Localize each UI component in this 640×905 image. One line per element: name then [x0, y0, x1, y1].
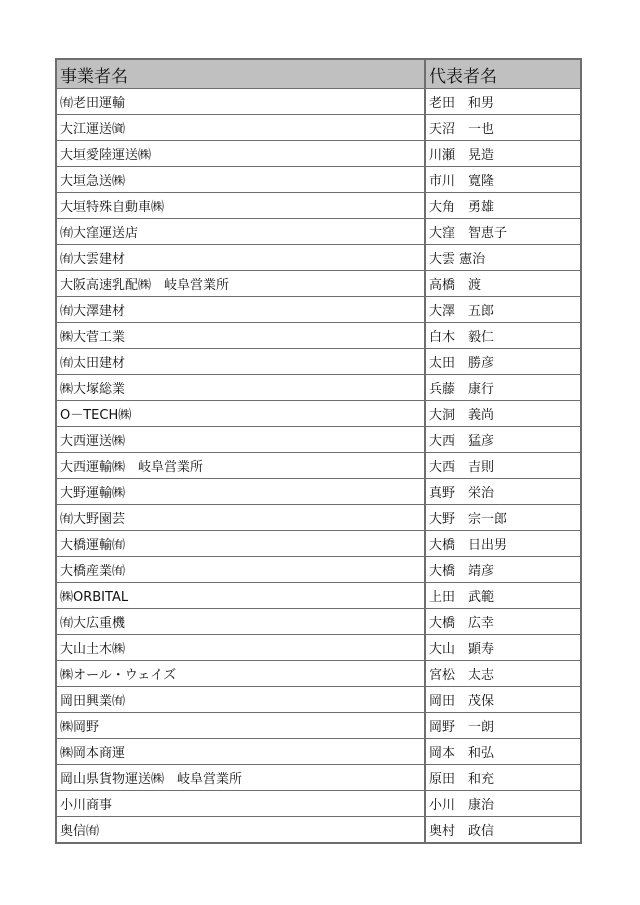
- representative-name-cell: 宮松 太志: [425, 661, 581, 687]
- representative-name-cell: 大西 吉則: [425, 453, 581, 479]
- representative-name-cell: 白木 毅仁: [425, 323, 581, 349]
- company-name-cell: ㈱大塚総業: [56, 375, 425, 401]
- representative-name-cell: 大雲 憲治: [425, 245, 581, 271]
- table-row: 大野運輸㈱真野 栄治: [56, 479, 581, 505]
- table-row: ㈱オール・ウェイズ宮松 太志: [56, 661, 581, 687]
- company-name-cell: ㈲大広重機: [56, 609, 425, 635]
- table-row: 大橋産業㈲大橋 靖彦: [56, 557, 581, 583]
- table-row: ㈲大澤建材大澤 五郎: [56, 297, 581, 323]
- table-row: 小川商事小川 康治: [56, 791, 581, 817]
- representative-name-cell: 原田 和充: [425, 765, 581, 791]
- company-name-cell: 大垣急送㈱: [56, 167, 425, 193]
- company-name-cell: ㈱ORBITAL: [56, 583, 425, 609]
- representative-name-cell: 大橋 日出男: [425, 531, 581, 557]
- representative-name-cell: 大西 猛彦: [425, 427, 581, 453]
- representative-name-cell: 兵藤 康行: [425, 375, 581, 401]
- table-row: 大阪高速乳配㈱ 岐阜営業所高橋 渡: [56, 271, 581, 297]
- representative-name-cell: 上田 武範: [425, 583, 581, 609]
- company-name-cell: 大垣愛陸運送㈱: [56, 141, 425, 167]
- representative-name-cell: 岡田 茂保: [425, 687, 581, 713]
- representative-name-cell: 大橋 広幸: [425, 609, 581, 635]
- representative-name-cell: 大窪 智恵子: [425, 219, 581, 245]
- representative-name-cell: 大澤 五郎: [425, 297, 581, 323]
- company-name-cell: 小川商事: [56, 791, 425, 817]
- representative-name-cell: 真野 栄治: [425, 479, 581, 505]
- representative-name-cell: 大角 勇雄: [425, 193, 581, 219]
- company-name-cell: 大垣特殊自動車㈱: [56, 193, 425, 219]
- table-row: ㈲大窪運送店大窪 智恵子: [56, 219, 581, 245]
- company-name-cell: ㈲老田運輸: [56, 89, 425, 115]
- table-row: 大山土木㈱大山 顕寿: [56, 635, 581, 661]
- company-name-cell: ㈲大澤建材: [56, 297, 425, 323]
- company-name-cell: 奥信㈲: [56, 817, 425, 844]
- company-name-cell: 岡田興業㈲: [56, 687, 425, 713]
- representative-name-cell: 岡本 和弘: [425, 739, 581, 765]
- table-row: ㈱大塚総業兵藤 康行: [56, 375, 581, 401]
- table-body: ㈲老田運輸老田 和男大江運送㈾天沼 一也大垣愛陸運送㈱川瀬 晃造大垣急送㈱市川 …: [56, 89, 581, 844]
- company-name-cell: ㈲太田建材: [56, 349, 425, 375]
- table-row: 大垣急送㈱市川 寛隆: [56, 167, 581, 193]
- company-name-cell: ㈲大雲建材: [56, 245, 425, 271]
- table-row: ㈱大菅工業白木 毅仁: [56, 323, 581, 349]
- representative-name-cell: 老田 和男: [425, 89, 581, 115]
- company-name-cell: O－TECH㈱: [56, 401, 425, 427]
- company-name-cell: 岡山県貨物運送㈱ 岐阜営業所: [56, 765, 425, 791]
- representative-name-cell: 高橋 渡: [425, 271, 581, 297]
- representative-name-cell: 大野 宗一郎: [425, 505, 581, 531]
- representative-name-cell: 小川 康治: [425, 791, 581, 817]
- table-row: 岡田興業㈲岡田 茂保: [56, 687, 581, 713]
- table-row: ㈲大広重機大橋 広幸: [56, 609, 581, 635]
- company-name-cell: 大橋運輸㈲: [56, 531, 425, 557]
- representative-name-cell: 川瀬 晃造: [425, 141, 581, 167]
- company-name-cell: ㈱岡野: [56, 713, 425, 739]
- representative-name-cell: 大橋 靖彦: [425, 557, 581, 583]
- company-name-cell: 大西運送㈱: [56, 427, 425, 453]
- company-name-cell: 大山土木㈱: [56, 635, 425, 661]
- company-name-cell: 大江運送㈾: [56, 115, 425, 141]
- company-roster-table: 事業者名 代表者名 ㈲老田運輸老田 和男大江運送㈾天沼 一也大垣愛陸運送㈱川瀬 …: [55, 58, 582, 844]
- company-name-cell: 大阪高速乳配㈱ 岐阜営業所: [56, 271, 425, 297]
- table-row: ㈱岡野岡野 一朗: [56, 713, 581, 739]
- table-row: ㈲太田建材太田 勝彦: [56, 349, 581, 375]
- table-row: 大垣愛陸運送㈱川瀬 晃造: [56, 141, 581, 167]
- representative-name-cell: 奥村 政信: [425, 817, 581, 844]
- table-row: 大橋運輸㈲大橋 日出男: [56, 531, 581, 557]
- table-row: 大西運送㈱大西 猛彦: [56, 427, 581, 453]
- representative-name-cell: 天沼 一也: [425, 115, 581, 141]
- table-row: 大西運輸㈱ 岐阜営業所大西 吉則: [56, 453, 581, 479]
- header-company-name: 事業者名: [56, 59, 425, 89]
- header-representative-name: 代表者名: [425, 59, 581, 89]
- table-row: 岡山県貨物運送㈱ 岐阜営業所原田 和充: [56, 765, 581, 791]
- table-row: 奥信㈲奥村 政信: [56, 817, 581, 844]
- table-row: ㈱ORBITAL上田 武範: [56, 583, 581, 609]
- company-name-cell: 大野運輸㈱: [56, 479, 425, 505]
- table-row: 大江運送㈾天沼 一也: [56, 115, 581, 141]
- company-name-cell: 大西運輸㈱ 岐阜営業所: [56, 453, 425, 479]
- company-name-cell: ㈲大窪運送店: [56, 219, 425, 245]
- table-row: 大垣特殊自動車㈱大角 勇雄: [56, 193, 581, 219]
- company-name-cell: ㈱大菅工業: [56, 323, 425, 349]
- header-row: 事業者名 代表者名: [56, 59, 581, 89]
- table-row: ㈲大雲建材大雲 憲治: [56, 245, 581, 271]
- table-row: O－TECH㈱大洞 義尚: [56, 401, 581, 427]
- representative-name-cell: 太田 勝彦: [425, 349, 581, 375]
- company-name-cell: ㈱岡本商運: [56, 739, 425, 765]
- table-row: ㈱岡本商運岡本 和弘: [56, 739, 581, 765]
- representative-name-cell: 大洞 義尚: [425, 401, 581, 427]
- company-name-cell: 大橋産業㈲: [56, 557, 425, 583]
- table-row: ㈲老田運輸老田 和男: [56, 89, 581, 115]
- representative-name-cell: 大山 顕寿: [425, 635, 581, 661]
- representative-name-cell: 岡野 一朗: [425, 713, 581, 739]
- representative-name-cell: 市川 寛隆: [425, 167, 581, 193]
- table-row: ㈲大野園芸大野 宗一郎: [56, 505, 581, 531]
- company-name-cell: ㈱オール・ウェイズ: [56, 661, 425, 687]
- company-name-cell: ㈲大野園芸: [56, 505, 425, 531]
